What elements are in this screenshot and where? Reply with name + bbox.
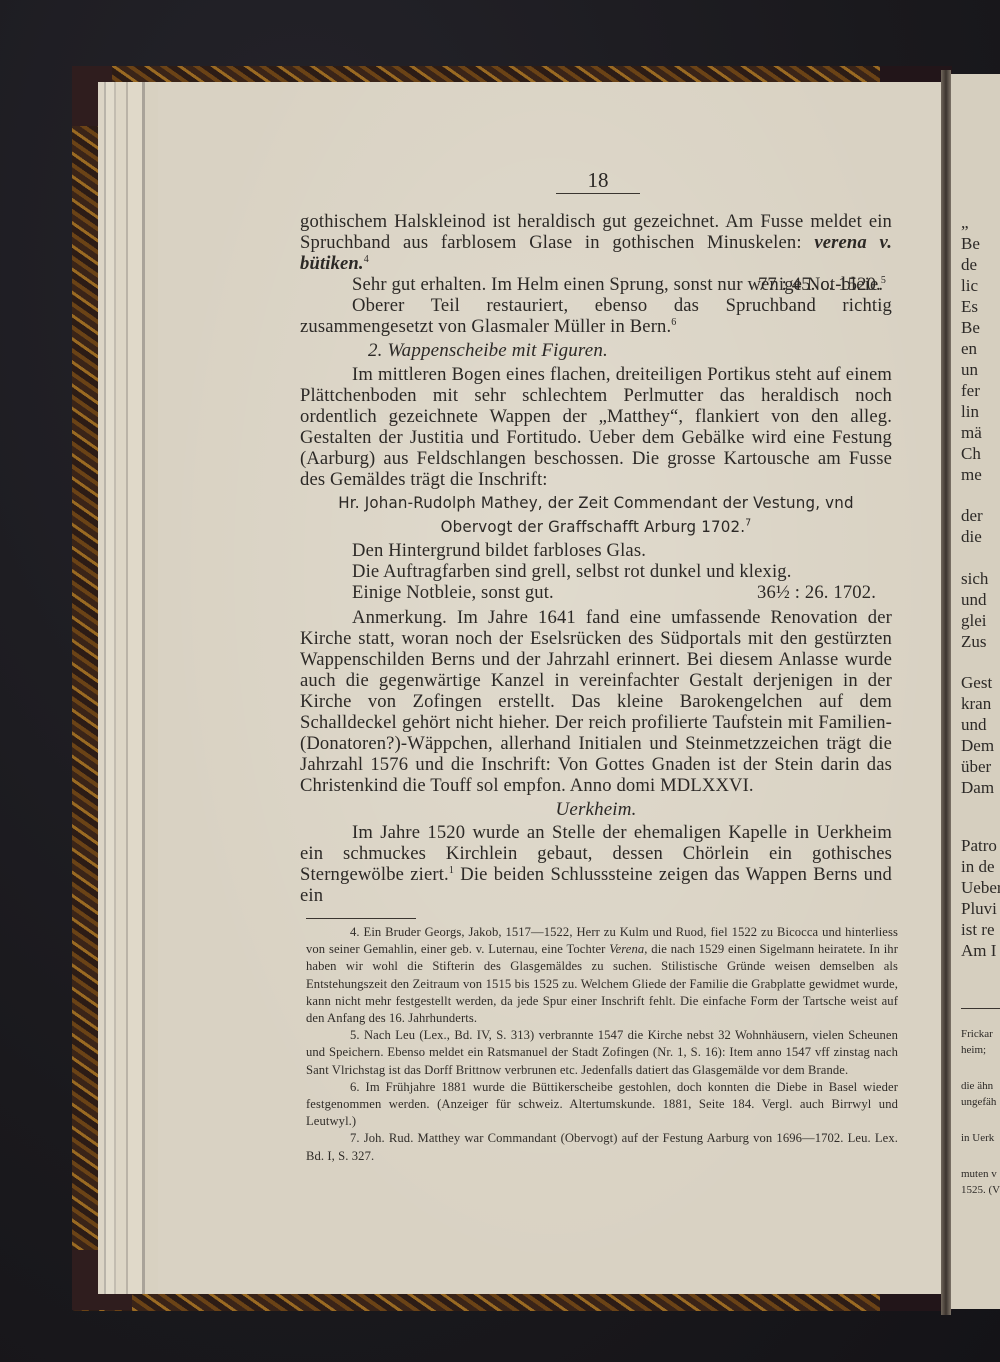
paragraph-5-line-2: Die Auftragfarben sind grell, selbst rot… xyxy=(300,561,892,582)
footnote-ref-4[interactable]: 4 xyxy=(364,254,369,265)
right-page-text-fragment: Ch xyxy=(961,443,981,464)
footnote-4: 4. Ein Bruder Georgs, Jakob, 1517—1522, … xyxy=(306,924,898,1027)
paragraph-3: Oberer Teil restauriert, ebenso das Spru… xyxy=(300,295,892,337)
footnote-ref-5[interactable]: 5 xyxy=(881,275,886,286)
right-page-text-fragment: mä xyxy=(961,422,982,443)
section-heading-wappenscheibe: 2. Wappenscheibe mit Figuren. xyxy=(368,340,892,361)
right-page-footnote-fragment: heim; xyxy=(961,1044,986,1057)
footnote-ref-7[interactable]: 7 xyxy=(745,518,751,529)
footnote-5: 5. Nach Leu (Lex., Bd. IV, S. 313) verbr… xyxy=(306,1027,898,1079)
body-text: gothischem Halskleinod ist heraldisch gu… xyxy=(300,211,892,906)
right-page-text-fragment: Patro xyxy=(961,835,997,856)
footnotes: 4. Ein Bruder Georgs, Jakob, 1517—1522, … xyxy=(306,924,898,1165)
page-number-rule xyxy=(556,193,640,194)
paragraph-5-line-3: Einige Notbleie, sonst gut. 36½ : 26. 17… xyxy=(300,582,892,603)
right-page-text-fragment: über xyxy=(961,756,991,777)
right-page-text-fragment: „ xyxy=(961,212,969,233)
right-page-fragment: „BedelicEsBeenunferlinmäChmederdiesichun… xyxy=(951,74,1000,1309)
measure-2: 36½ : 26. 1702. xyxy=(757,582,892,603)
inscription-line-1: Hr. Johan-Rudolph Mathey, der Zeit Comme… xyxy=(321,492,872,514)
right-page-footnote-fragment: 1525. (V xyxy=(961,1184,1000,1197)
right-page-text-fragment: und xyxy=(961,714,987,735)
right-page-text-fragment: Es xyxy=(961,296,978,317)
right-page-text-fragment: un xyxy=(961,359,978,380)
page-stack-edges xyxy=(98,82,158,1294)
paragraph-4: Im mittleren Bogen eines flachen, dreite… xyxy=(300,364,892,490)
footnote-7: 7. Joh. Rud. Matthey war Commandant (Obe… xyxy=(306,1130,898,1164)
right-page-text-fragment: kran xyxy=(961,693,991,714)
right-page-text-fragment: und xyxy=(961,589,987,610)
right-page-text-fragment: de xyxy=(961,254,977,275)
page-number: 18 xyxy=(556,168,640,193)
right-page-text-fragment: ist re xyxy=(961,919,995,940)
paragraph-1: gothischem Halskleinod ist heraldisch gu… xyxy=(300,211,892,274)
right-page-text-fragment: en xyxy=(961,338,977,359)
right-page-footnote-fragment: ungefäh xyxy=(961,1096,996,1109)
right-page-text-fragment: Zus xyxy=(961,631,987,652)
right-page-text-fragment: Be xyxy=(961,317,980,338)
inscription-line-2: Obervogt der Graffschafft Arburg 1702.7 xyxy=(321,516,872,538)
book-gutter xyxy=(941,70,951,1315)
footnote-ref-6[interactable]: 6 xyxy=(671,317,676,328)
right-page-text-fragment: Gest xyxy=(961,672,992,693)
paragraph-anmerkung: Anmerkung. Im Jahre 1641 fand eine umfas… xyxy=(300,607,892,796)
right-page-footnote-rule xyxy=(961,1008,1000,1009)
right-page-text-fragment: Am I xyxy=(961,940,996,961)
right-page-text-fragment: lic xyxy=(961,275,978,296)
right-page-text-fragment: fer xyxy=(961,380,980,401)
right-page-footnote-fragment: Frickar xyxy=(961,1028,993,1041)
right-page-text-fragment: Pluvi xyxy=(961,898,997,919)
right-page-footnote-fragment: muten v xyxy=(961,1168,997,1181)
footnote-rule xyxy=(306,918,416,919)
right-page-text-fragment: me xyxy=(961,464,982,485)
right-page-text-fragment: Be xyxy=(961,233,980,254)
right-page-text-fragment: Dam xyxy=(961,777,994,798)
section-heading-uerkheim: Uerkheim. xyxy=(300,799,892,820)
right-page-text-fragment: sich xyxy=(961,568,988,589)
right-page-text-fragment: Ueber xyxy=(961,877,1000,898)
right-page-text-fragment: die xyxy=(961,526,982,547)
paragraph-5-line-1: Den Hintergrund bildet farbloses Glas. xyxy=(300,540,892,561)
right-page-footnote-fragment: in Uerk xyxy=(961,1132,994,1145)
right-page-text-fragment: glei xyxy=(961,610,987,631)
right-page-text-fragment: Dem xyxy=(961,735,994,756)
right-page-footnote-fragment: die ähn xyxy=(961,1080,993,1093)
footnote-6: 6. Im Frühjahre 1881 wurde die Büttikers… xyxy=(306,1079,898,1131)
paragraph-uerkheim: Im Jahre 1520 wurde an Stelle der ehemal… xyxy=(300,822,892,906)
right-page-text-fragment: lin xyxy=(961,401,979,422)
right-page-text-fragment: in de xyxy=(961,856,995,877)
right-page-text-fragment: der xyxy=(961,505,983,526)
